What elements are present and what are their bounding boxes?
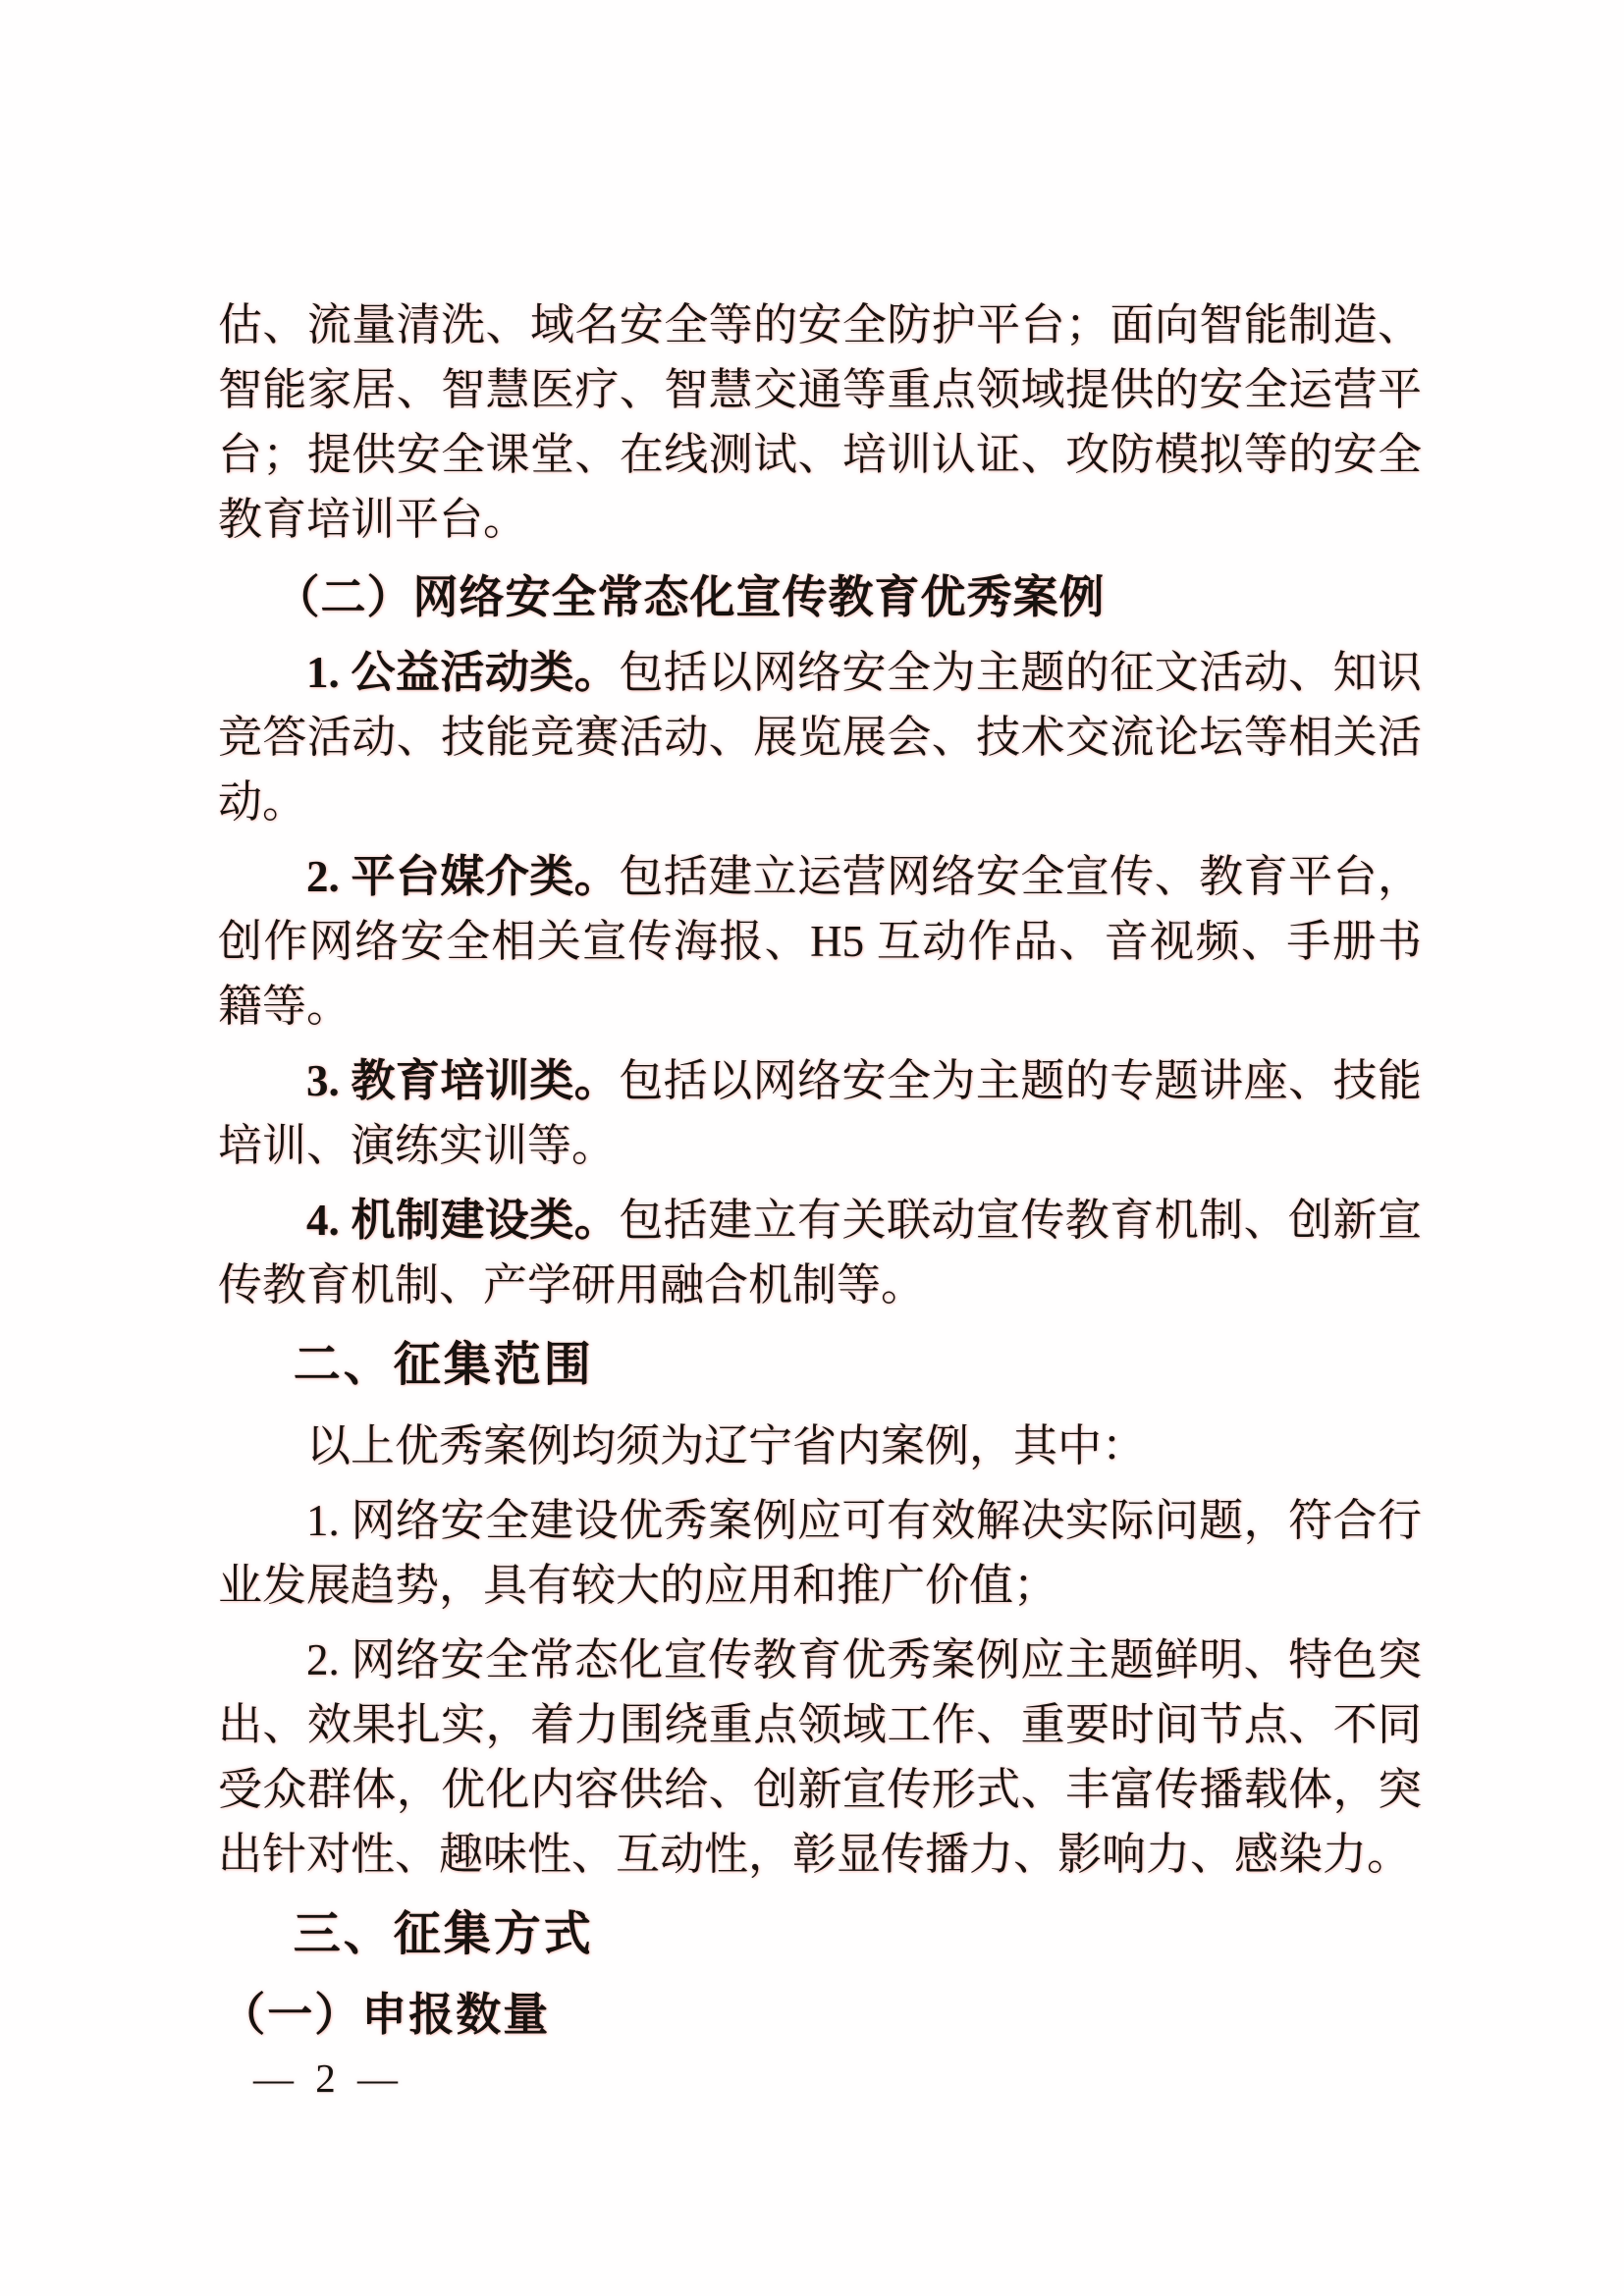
section-heading-collection-scope: 二、征集范围 — [218, 1333, 1422, 1398]
paragraph-security-platforms-continuation: 估、流量清洗、域名安全等的安全防护平台；面向智能制造、智能家居、智慧医疗、智慧交… — [218, 293, 1422, 552]
paragraph-scope-item-2: 2. 网络安全常态化宣传教育优秀案例应主题鲜明、特色突出、效果扎实，着力围绕重点… — [218, 1628, 1422, 1887]
document-body: 估、流量清洗、域名安全等的安全防护平台；面向智能制造、智能家居、智慧医疗、智慧交… — [218, 293, 1422, 2048]
paragraph-scope-intro: 以上优秀案例均须为辽宁省内案例，其中： — [218, 1414, 1422, 1478]
section-heading-collection-method: 三、征集方式 — [218, 1902, 1422, 1967]
subsection-heading-declaration-quantity: （一）申报数量 — [218, 1983, 1422, 2048]
document-page: 估、流量清洗、域名安全等的安全防护平台；面向智能制造、智能家居、智慧医疗、智慧交… — [0, 0, 1624, 2296]
list-item-education-training: 3. 教育培训类。包括以网络安全为主题的专题讲座、技能培训、演练实训等。 — [218, 1048, 1422, 1178]
list-item-platform-media: 2. 平台媒介类。包括建立运营网络安全宣传、教育平台，创作网络安全相关宣传海报、… — [218, 844, 1422, 1039]
list-item-lead: 1. 公益活动类。 — [306, 648, 619, 697]
paragraph-scope-item-1: 1. 网络安全建设优秀案例应可有效解决实际问题，符合行业发展趋势，具有较大的应用… — [218, 1488, 1422, 1618]
subsection-heading-publicity-education-cases: （二）网络安全常态化宣传教育优秀案例 — [218, 565, 1422, 630]
list-item-lead: 3. 教育培训类。 — [306, 1056, 619, 1105]
page-number: — 2 — — [253, 2056, 404, 2100]
list-item-public-welfare: 1. 公益活动类。包括以网络安全为主题的征文活动、知识竞答活动、技能竞赛活动、展… — [218, 640, 1422, 834]
list-item-mechanism-building: 4. 机制建设类。包括建立有关联动宣传教育机制、创新宣传教育机制、产学研用融合机… — [218, 1188, 1422, 1317]
list-item-lead: 2. 平台媒介类。 — [306, 852, 619, 901]
list-item-lead: 4. 机制建设类。 — [306, 1196, 619, 1245]
